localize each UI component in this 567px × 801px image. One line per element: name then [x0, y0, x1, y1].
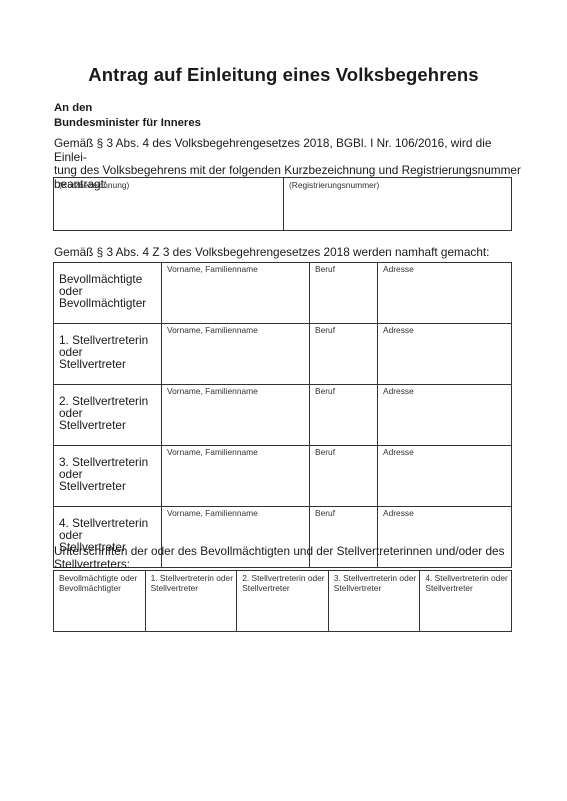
signatures-intro: Unterschriften der oder des Bevollmächti… — [54, 545, 524, 570]
name-field[interactable]: Vorname, Familienname — [162, 324, 310, 385]
role-line: Bevollmächtigter — [59, 297, 161, 309]
name-field-label: Vorname, Familienname — [162, 507, 309, 519]
signature-label-line: Bevollmächtigter — [59, 584, 142, 594]
signature-field[interactable]: 1. Stellvertreterin oderStellvertreter — [145, 571, 237, 632]
signature-label-line: Stellvertreter — [425, 584, 508, 594]
profession-field[interactable]: Beruf — [310, 324, 378, 385]
signature-label: 3. Stellvertreterin oderStellvertreter — [329, 571, 420, 593]
intro-line: Gemäß § 3 Abs. 4 des Volksbegehrengesetz… — [54, 137, 524, 164]
signature-label-line: Stellvertreter — [334, 584, 417, 594]
person-row: BevollmächtigteoderBevollmächtigterVorna… — [54, 263, 512, 324]
person-role-label: 1. StellvertreterinoderStellvertreter — [54, 324, 162, 385]
address-field-label: Adresse — [378, 385, 511, 397]
signature-field[interactable]: 2. Stellvertreterin oderStellvertreter — [237, 571, 329, 632]
signature-label: 1. Stellvertreterin oderStellvertreter — [146, 571, 237, 593]
person-role-label: 2. StellvertreterinoderStellvertreter — [54, 385, 162, 446]
profession-field-label: Beruf — [310, 507, 377, 519]
role-line: Stellvertreter — [59, 419, 161, 431]
profession-field-label: Beruf — [310, 385, 377, 397]
signature-label: 4. Stellvertreterin oderStellvertreter — [420, 571, 511, 593]
role-line: Stellvertreter — [59, 480, 161, 492]
identification-box: (Kurzbezeichnung) (Registrierungsnummer) — [53, 177, 512, 231]
profession-field[interactable]: Beruf — [310, 263, 378, 324]
address-field-label: Adresse — [378, 324, 511, 336]
signatures-intro-line: Stellvertreters: — [54, 558, 524, 571]
address-field[interactable]: Adresse — [378, 385, 512, 446]
signature-field[interactable]: 4. Stellvertreterin oderStellvertreter — [420, 571, 512, 632]
short-name-label: (Kurzbezeichnung) — [54, 178, 283, 191]
name-field-label: Vorname, Familienname — [162, 446, 309, 458]
profession-field[interactable]: Beruf — [310, 446, 378, 507]
person-row: 2. StellvertreterinoderStellvertreterVor… — [54, 385, 512, 446]
address-field[interactable]: Adresse — [378, 263, 512, 324]
profession-field[interactable]: Beruf — [310, 385, 378, 446]
profession-field-label: Beruf — [310, 446, 377, 458]
recipient-line-2: Bundesminister für Inneres — [54, 116, 201, 131]
intro-line: tung des Volksbegehrens mit der folgende… — [54, 164, 524, 178]
name-field-label: Vorname, Familienname — [162, 324, 309, 336]
person-role-label: 3. StellvertreterinoderStellvertreter — [54, 446, 162, 507]
address-field[interactable]: Adresse — [378, 324, 512, 385]
persons-intro: Gemäß § 3 Abs. 4 Z 3 des Volksbegehrenge… — [54, 246, 524, 260]
role-line: Stellvertreter — [59, 358, 161, 370]
name-field-label: Vorname, Familienname — [162, 263, 309, 275]
person-role-label: BevollmächtigteoderBevollmächtigter — [54, 263, 162, 324]
signatures-row: Bevollmächtigte oderBevollmächtigter1. S… — [54, 571, 512, 632]
signature-label: 2. Stellvertreterin oderStellvertreter — [237, 571, 328, 593]
short-name-field[interactable]: (Kurzbezeichnung) — [54, 178, 284, 231]
profession-field-label: Beruf — [310, 263, 377, 275]
address-field-label: Adresse — [378, 446, 511, 458]
name-field[interactable]: Vorname, Familienname — [162, 385, 310, 446]
signature-label: Bevollmächtigte oderBevollmächtigter — [54, 571, 145, 593]
recipient-block: An den Bundesminister für Inneres — [54, 101, 201, 131]
address-field[interactable]: Adresse — [378, 446, 512, 507]
address-field-label: Adresse — [378, 507, 511, 519]
recipient-line-1: An den — [54, 101, 201, 116]
signature-label-line: Stellvertreter — [242, 584, 325, 594]
name-field[interactable]: Vorname, Familienname — [162, 446, 310, 507]
signature-field[interactable]: 3. Stellvertreterin oderStellvertreter — [328, 571, 420, 632]
profession-field-label: Beruf — [310, 324, 377, 336]
document-title: Antrag auf Einleitung eines Volksbegehre… — [0, 64, 567, 86]
address-field-label: Adresse — [378, 263, 511, 275]
name-field-label: Vorname, Familienname — [162, 385, 309, 397]
person-row: 1. StellvertreterinoderStellvertreterVor… — [54, 324, 512, 385]
signatures-table: Bevollmächtigte oderBevollmächtigter1. S… — [53, 570, 512, 632]
registration-number-field[interactable]: (Registrierungsnummer) — [284, 178, 512, 231]
persons-table: BevollmächtigteoderBevollmächtigterVorna… — [53, 262, 512, 568]
person-row: 3. StellvertreterinoderStellvertreterVor… — [54, 446, 512, 507]
signature-field[interactable]: Bevollmächtigte oderBevollmächtigter — [54, 571, 146, 632]
signature-label-line: Stellvertreter — [151, 584, 234, 594]
signatures-intro-line: Unterschriften der oder des Bevollmächti… — [54, 545, 524, 558]
name-field[interactable]: Vorname, Familienname — [162, 263, 310, 324]
registration-number-label: (Registrierungsnummer) — [284, 178, 511, 191]
